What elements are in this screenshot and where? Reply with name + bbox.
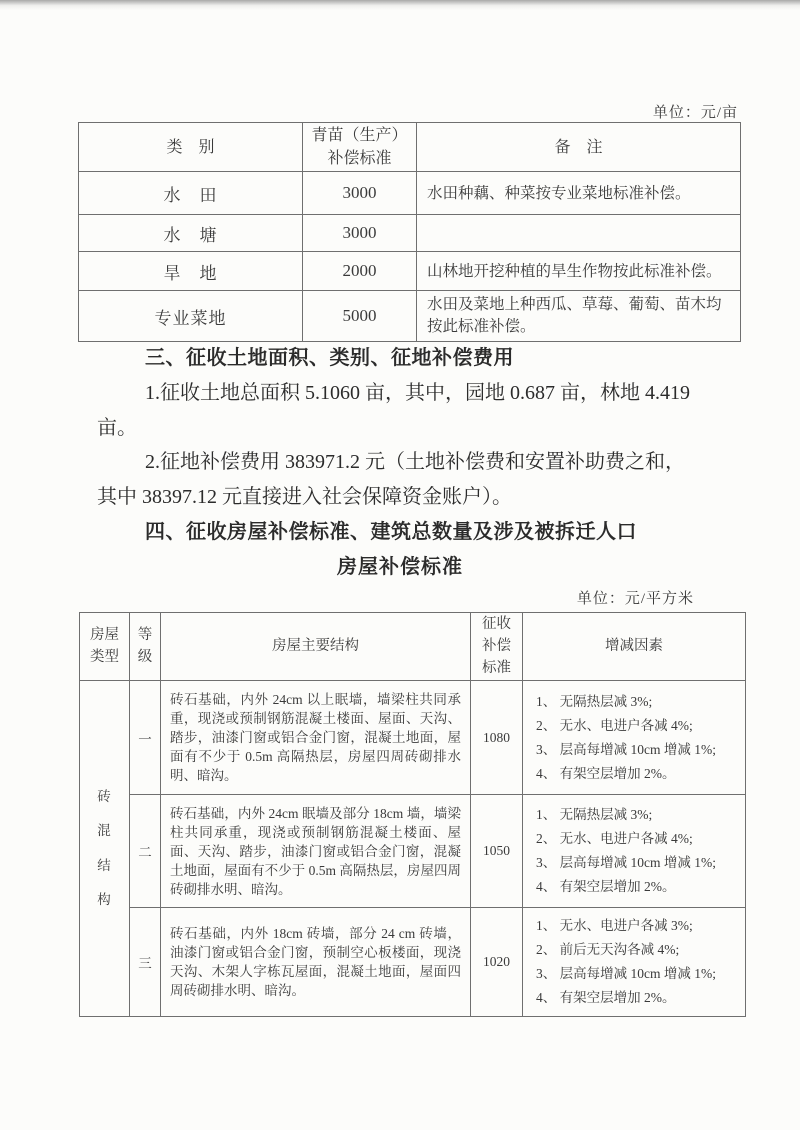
standard-cell: 5000 [303, 291, 417, 341]
factor-line: 3、 层高每增减 10cm 增减 1%; [536, 851, 741, 875]
factor-line: 1、 无隔热层减 3%; [536, 803, 741, 827]
standard-cell: 3000 [303, 172, 417, 215]
unit-label-land: 单位：元/亩 [653, 101, 738, 122]
standard-cell: 2000 [303, 252, 417, 291]
house-compensation-table: 房屋 类型 等 级 房屋主要结构 征收 补偿 标准 增减因素 砖 混 结 构 一… [79, 612, 746, 1017]
category-cell: 水 田 [79, 172, 303, 215]
factor-line: 1、 无隔热层减 3%; [536, 690, 741, 714]
remark-cell: 水田及菜地上种西瓜、草莓、葡萄、苗木均按此标准补偿。 [417, 291, 741, 341]
standard-cell: 1080 [471, 681, 523, 795]
section-3-heading: 三、征收土地面积、类别、征地补偿费用 [97, 341, 715, 376]
land-table-row: 水 田 3000 水田种藕、种菜按专业菜地标准补偿。 [79, 172, 741, 215]
col-header-factors: 增减因素 [523, 613, 746, 681]
category-cell: 专业菜地 [79, 291, 303, 341]
land-table-row: 旱 地 2000 山林地开挖种植的旱生作物按此标准补偿。 [79, 252, 741, 291]
col-header-standard: 青苗（生产） 补偿标准 [303, 123, 417, 172]
unit-label-house: 单位：元/平方米 [577, 587, 694, 608]
factor-line: 4、 有架空层增加 2%。 [536, 986, 741, 1010]
land-table-header-row: 类 别 青苗（生产） 补偿标准 备 注 [79, 123, 741, 172]
col-header-house-type: 房屋 类型 [80, 613, 130, 681]
factor-line: 3、 层高每增减 10cm 增减 1%; [536, 962, 741, 986]
grade-cell: 三 [130, 908, 161, 1017]
grade-cell: 一 [130, 681, 161, 795]
factor-line: 3、 层高每增减 10cm 增减 1%; [536, 738, 741, 762]
standard-cell: 1050 [471, 795, 523, 908]
factors-cell: 1、 无隔热层减 3%; 2、 无水、电进户各减 4%; 3、 层高每增减 10… [523, 795, 746, 908]
grade-cell: 二 [130, 795, 161, 908]
standard-cell: 1020 [471, 908, 523, 1017]
remark-cell: 山林地开挖种植的旱生作物按此标准补偿。 [417, 252, 741, 291]
land-area-paragraph-line-1: 1.征收土地总面积 5.1060 亩，其中，园地 0.687 亩，林地 4.41… [97, 376, 715, 411]
body-text-block: 三、征收土地面积、类别、征地补偿费用 1.征收土地总面积 5.1060 亩，其中… [97, 341, 715, 550]
land-area-paragraph-line-2: 亩。 [97, 411, 715, 446]
col-header-standard: 征收 补偿 标准 [471, 613, 523, 681]
factor-line: 2、 无水、电进户各减 4%; [536, 827, 741, 851]
house-type-cell: 砖 混 结 构 [80, 681, 130, 1017]
house-table-row: 二 砖石基础，内外 24cm 眠墙及部分 18cm 墙，墙梁柱共同承重，现浇或预… [80, 795, 746, 908]
section-4-heading: 四、征收房屋补偿标准、建筑总数量及涉及被拆迁人口 [97, 515, 715, 550]
category-cell: 水 塘 [79, 215, 303, 252]
factor-line: 4、 有架空层增加 2%。 [536, 762, 741, 786]
col-header-category: 类 别 [79, 123, 303, 172]
land-compensation-table: 类 别 青苗（生产） 补偿标准 备 注 水 田 3000 水田种藕、种菜按专业菜… [78, 122, 741, 342]
scan-edge-shading [0, 0, 800, 10]
house-table-header-row: 房屋 类型 等 级 房屋主要结构 征收 补偿 标准 增减因素 [80, 613, 746, 681]
factor-line: 2、 前后无天沟各减 4%; [536, 938, 741, 962]
structure-cell: 砖石基础，内外 18cm 砖墙，部分 24 cm 砖墙，油漆门窗或铝合金门窗，预… [161, 908, 471, 1017]
col-header-grade: 等 级 [130, 613, 161, 681]
factor-line: 2、 无水、电进户各减 4%; [536, 714, 741, 738]
remark-cell [417, 215, 741, 252]
category-cell: 旱 地 [79, 252, 303, 291]
house-compensation-subtitle: 房屋补偿标准 [0, 550, 800, 579]
structure-cell: 砖石基础，内外 24cm 眠墙及部分 18cm 墙，墙梁柱共同承重，现浇或预制钢… [161, 795, 471, 908]
col-header-structure: 房屋主要结构 [161, 613, 471, 681]
structure-cell: 砖石基础，内外 24cm 以上眠墙，墙梁柱共同承重，现浇或预制钢筋混凝土楼面、屋… [161, 681, 471, 795]
house-table-row: 砖 混 结 构 一 砖石基础，内外 24cm 以上眠墙，墙梁柱共同承重，现浇或预… [80, 681, 746, 795]
compensation-fee-paragraph-line-1: 2.征地补偿费用 383971.2 元（土地补偿费和安置补助费之和， [97, 445, 715, 480]
house-table-row: 三 砖石基础，内外 18cm 砖墙，部分 24 cm 砖墙，油漆门窗或铝合金门窗… [80, 908, 746, 1017]
land-table-row: 水 塘 3000 [79, 215, 741, 252]
document-page: 单位：元/亩 类 别 青苗（生产） 补偿标准 备 注 水 田 3000 水田种藕… [0, 0, 800, 1130]
standard-cell: 3000 [303, 215, 417, 252]
compensation-fee-paragraph-line-2: 其中 38397.12 元直接进入社会保障资金账户）。 [97, 480, 715, 515]
factor-line: 4、 有架空层增加 2%。 [536, 875, 741, 899]
factors-cell: 1、 无隔热层减 3%; 2、 无水、电进户各减 4%; 3、 层高每增减 10… [523, 681, 746, 795]
remark-cell: 水田种藕、种菜按专业菜地标准补偿。 [417, 172, 741, 215]
factor-line: 1、 无水、电进户各减 3%; [536, 914, 741, 938]
factors-cell: 1、 无水、电进户各减 3%; 2、 前后无天沟各减 4%; 3、 层高每增减 … [523, 908, 746, 1017]
col-header-remark: 备 注 [417, 123, 741, 172]
land-table-row: 专业菜地 5000 水田及菜地上种西瓜、草莓、葡萄、苗木均按此标准补偿。 [79, 291, 741, 341]
